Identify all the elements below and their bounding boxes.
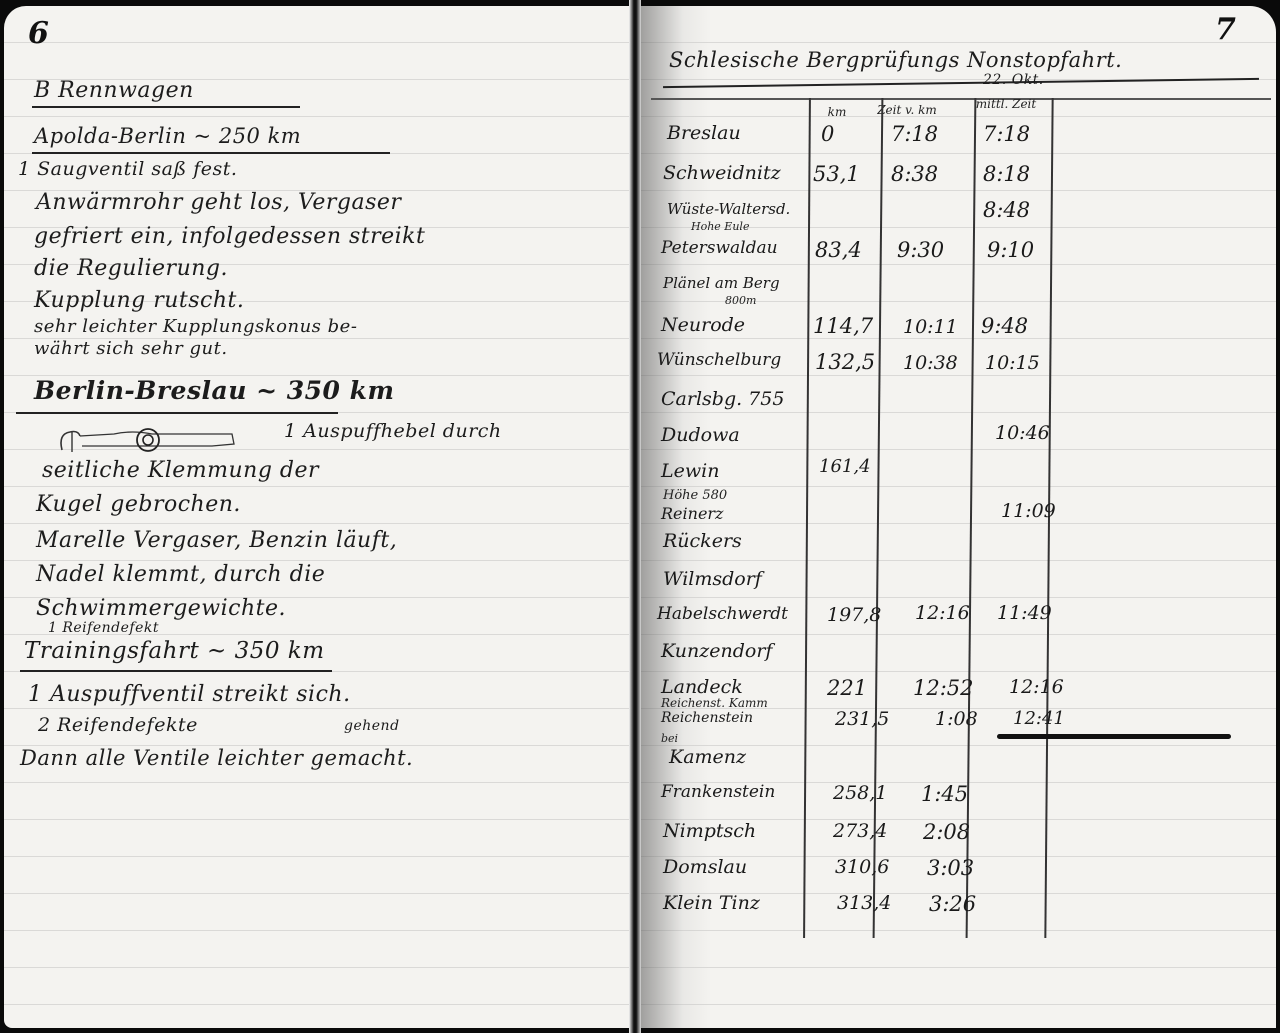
- place-name: Reinerz: [661, 504, 723, 523]
- time-value: 12:52: [913, 676, 974, 700]
- heading-underline: [32, 106, 300, 108]
- note-line: Dann alle Ventile leichter gemacht.: [20, 746, 413, 770]
- note-line: 1 Saugventil saß fest.: [18, 158, 237, 180]
- mean-time-value: 12:41: [1013, 708, 1065, 729]
- place-name: Kamenz: [669, 746, 746, 768]
- mean-time-value: 10:15: [985, 352, 1040, 374]
- insert-note: 1 Reifendefekt: [48, 620, 159, 636]
- car-sketch-icon: [52, 420, 252, 460]
- place-note: Hohe Eule: [691, 220, 749, 233]
- col-header-mittl-zeit: mittl. Zeit: [975, 98, 1037, 110]
- place-name: Domslau: [663, 856, 747, 878]
- mean-time-value: 8:48: [983, 198, 1030, 222]
- place-name: Reichenstein: [661, 710, 753, 726]
- km-value: 114,7: [813, 314, 873, 338]
- place-name: Wilmsdorf: [663, 568, 762, 590]
- time-value: 7:18: [891, 122, 938, 146]
- note-line: Marelle Vergaser, Benzin läuft,: [36, 528, 397, 553]
- time-value: 9:30: [897, 238, 944, 262]
- section1-title: Apolda-Berlin ~ 250 km: [34, 124, 301, 148]
- time-value: 1:45: [921, 782, 968, 806]
- table-top-rule: [651, 98, 1271, 100]
- place-note: Reichenst. Kamm: [661, 696, 768, 710]
- section1-underline: [32, 152, 390, 154]
- place-note: bei: [661, 732, 678, 745]
- page-number-right: 7: [1215, 12, 1236, 47]
- right-notebook-page: 7 Schlesische Bergprüfungs Nonstopfahrt.…: [641, 6, 1276, 1028]
- column-divider: [803, 98, 810, 938]
- place-name: Peterswaldau: [661, 238, 778, 258]
- time-value: 12:16: [915, 602, 970, 624]
- title-underline: [663, 78, 1259, 88]
- place-name: Lewin: [661, 460, 719, 482]
- time-value: 10:11: [903, 316, 958, 338]
- km-value: 197,8: [827, 604, 881, 626]
- mean-time-value: 12:16: [1009, 676, 1064, 698]
- col-header-km: km: [817, 106, 857, 118]
- column-divider: [966, 98, 976, 938]
- place-name: Wünschelburg: [657, 350, 781, 370]
- note-line: gefriert ein, infolgedessen streikt: [34, 224, 425, 249]
- section2-title: Berlin-Breslau ~ 350 km: [34, 376, 394, 405]
- section3-title: Trainingsfahrt ~ 350 km: [24, 638, 325, 664]
- place-name: Dudowa: [661, 424, 740, 446]
- place-name: Schweidnitz: [663, 162, 781, 184]
- note-line: sehr leichter Kupplungskonus be-: [34, 316, 357, 337]
- km-value: 221: [827, 676, 867, 700]
- col-header-zeit: Zeit v. km: [877, 104, 937, 116]
- km-value: 231,5: [835, 708, 889, 730]
- km-value: 273,4: [833, 820, 887, 842]
- place-name: Landeck: [661, 676, 743, 698]
- mean-time-value: 10:46: [995, 422, 1050, 444]
- place-name: Rückers: [663, 530, 742, 552]
- place-name: Neurode: [661, 314, 745, 336]
- place-note: 800m: [725, 294, 756, 307]
- place-name: Wüste-Waltersd.: [667, 200, 790, 218]
- mean-time-value: 8:18: [983, 162, 1030, 186]
- note-line: Kupplung rutscht.: [34, 288, 244, 313]
- km-value: 310,6: [835, 856, 889, 878]
- mean-time-value: 11:49: [997, 602, 1052, 624]
- note-line: Nadel klemmt, durch die: [36, 562, 325, 587]
- km-value: 53,1: [813, 162, 860, 186]
- section3-underline: [20, 670, 332, 672]
- insert-word: gehend: [344, 718, 400, 734]
- time-value: 3:03: [927, 856, 974, 880]
- mean-time-value: 7:18: [983, 122, 1030, 146]
- date-note: 22. Okt.: [983, 72, 1044, 88]
- km-value: 258,1: [833, 782, 887, 804]
- km-value: 83,4: [815, 238, 862, 262]
- km-value: 313,4: [837, 892, 891, 914]
- place-name: Klein Tinz: [663, 892, 760, 914]
- km-value: 161,4: [819, 456, 871, 477]
- note-line: seitliche Klemmung der: [42, 458, 319, 483]
- left-notebook-page: 6 B Rennwagen Apolda-Berlin ~ 250 km 1 S…: [4, 6, 629, 1028]
- note-line: Kugel gebrochen.: [36, 492, 241, 517]
- place-name: Breslau: [667, 122, 741, 144]
- km-value: 0: [821, 122, 834, 146]
- place-name: Plänel am Berg: [663, 274, 780, 292]
- time-value: 10:38: [903, 352, 958, 374]
- place-name: Habelschwerdt: [657, 604, 788, 624]
- time-value: 8:38: [891, 162, 938, 186]
- mean-time-value: 11:09: [1001, 500, 1056, 522]
- note-line: Anwärmrohr geht los, Vergaser: [36, 190, 401, 215]
- note-line: die Regulierung.: [34, 256, 228, 281]
- time-value: 1:08: [935, 708, 978, 730]
- page-number-left: 6: [28, 16, 49, 51]
- page-heading: B Rennwagen: [34, 78, 194, 103]
- note-line: 1 Auspuffventil streikt sich.: [28, 682, 351, 707]
- total-underline: [997, 734, 1231, 739]
- note-line: Schwimmergewichte.: [36, 596, 286, 621]
- place-name: Nimptsch: [663, 820, 756, 842]
- place-name: Carlsbg. 755: [661, 388, 784, 410]
- mean-time-value: 9:10: [987, 238, 1034, 262]
- time-value: 3:26: [929, 892, 976, 916]
- sketch-caption: 1 Auspuffhebel durch: [284, 420, 502, 442]
- notebook-spine: [629, 0, 641, 1033]
- note-line: 2 Reifendefekte: [38, 714, 198, 736]
- place-note: Höhe 580: [663, 488, 727, 503]
- km-value: 132,5: [815, 350, 875, 374]
- mean-time-value: 9:48: [981, 314, 1028, 338]
- place-name: Kunzendorf: [661, 640, 772, 662]
- page-title: Schlesische Bergprüfungs Nonstopfahrt.: [669, 48, 1122, 72]
- note-line: währt sich sehr gut.: [34, 338, 228, 359]
- time-value: 2:08: [923, 820, 970, 844]
- column-divider: [873, 98, 883, 938]
- section2-underline: [16, 412, 338, 414]
- place-name: Frankenstein: [661, 782, 775, 802]
